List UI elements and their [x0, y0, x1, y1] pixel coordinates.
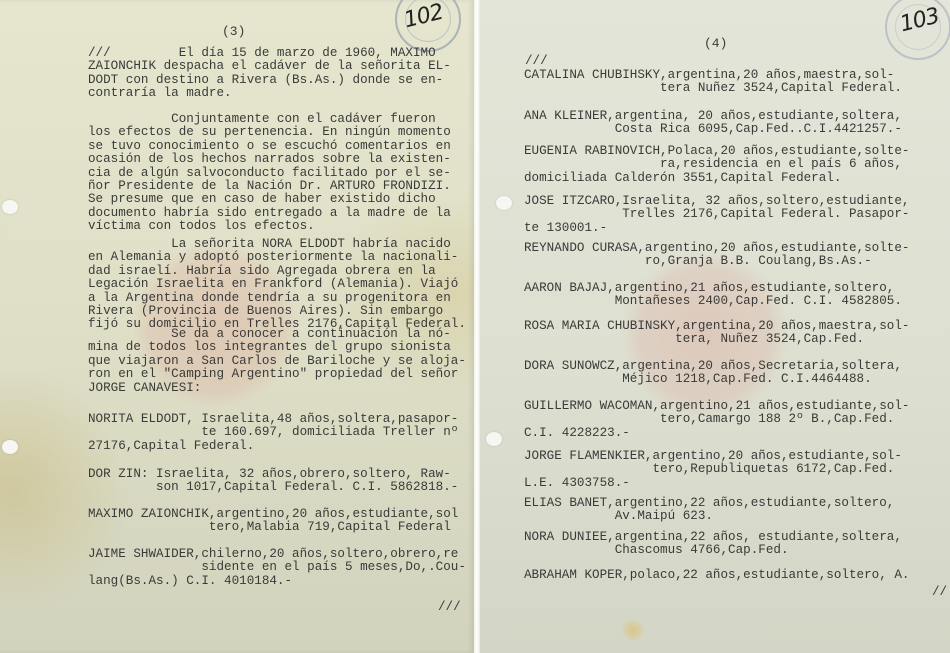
person-entry: ELIAS BANET,argentino,22 años,estudiante… [524, 497, 894, 524]
person-entry: NORA DUNIEE,argentina,22 años, estudiant… [524, 531, 902, 558]
person-entry: JORGE FLAMENKIER,argentino,20 años,estud… [524, 450, 902, 490]
page-number: (4) [704, 36, 727, 51]
header-mark: /// [525, 55, 548, 68]
continuation-mark: // [932, 585, 947, 599]
person-entry: REYNANDO CURASA,argentino,20 años,estudi… [524, 242, 909, 269]
person-entry: CATALINA CHUBIHSKY,argentina,20 años,mae… [524, 69, 902, 96]
punch-hole [496, 196, 512, 210]
paragraph: La señorita NORA ELDODT habría nacido en… [88, 238, 466, 332]
person-entry: JOSE ITZCARO,Israelita, 32 años,soltero,… [524, 195, 909, 235]
punch-hole [486, 432, 502, 446]
person-entry: NORITA ELDODT, Israelita,48 años,soltera… [88, 413, 458, 453]
punch-hole [2, 440, 18, 454]
person-entry: EUGENIA RABINOVICH,Polaca,20 años,estudi… [524, 145, 909, 185]
person-entry: ROSA MARIA CHUBINSKY,argentina,20 años,m… [524, 320, 909, 347]
person-entry: MAXIMO ZAIONCHIK,argentino,20 años,estud… [88, 508, 458, 535]
paragraph: Conjuntamente con el cadáver fueron los … [88, 113, 451, 234]
paragraph: /// El día 15 de marzo de 1960, MAXIMO Z… [88, 47, 451, 101]
person-entry: JAIME SHWAIDER,chilerno,20 años,soltero,… [88, 548, 466, 588]
person-entry: ANA KLEINER,argentina, 20 años,estudiant… [524, 110, 902, 137]
paper-stain [622, 620, 644, 640]
page-number: (3) [222, 24, 245, 39]
person-entry: DORA SUNOWCZ,argentina,20 años,Secretari… [524, 360, 902, 387]
person-entry: ABRAHAM KOPER,polaco,22 años,estudiante,… [524, 569, 909, 582]
continuation-mark: /// [438, 600, 461, 614]
document-page-left: 102 (3) /// El día 15 de marzo de 1960, … [0, 0, 474, 653]
person-entry: AARON BAJAJ,argentino,21 años,estudiante… [524, 282, 902, 309]
paragraph: Se da a conocer a continuación la nó- mi… [88, 328, 466, 395]
document-page-right: 103 (4) /// CATALINA CHUBIHSKY,argentina… [480, 0, 950, 653]
person-entry: GUILLERMO WACOMAN,argentino,21 años,estu… [524, 400, 909, 440]
person-entry: DOR ZIN: Israelita, 32 años,obrero,solte… [88, 468, 458, 495]
punch-hole [2, 200, 18, 214]
